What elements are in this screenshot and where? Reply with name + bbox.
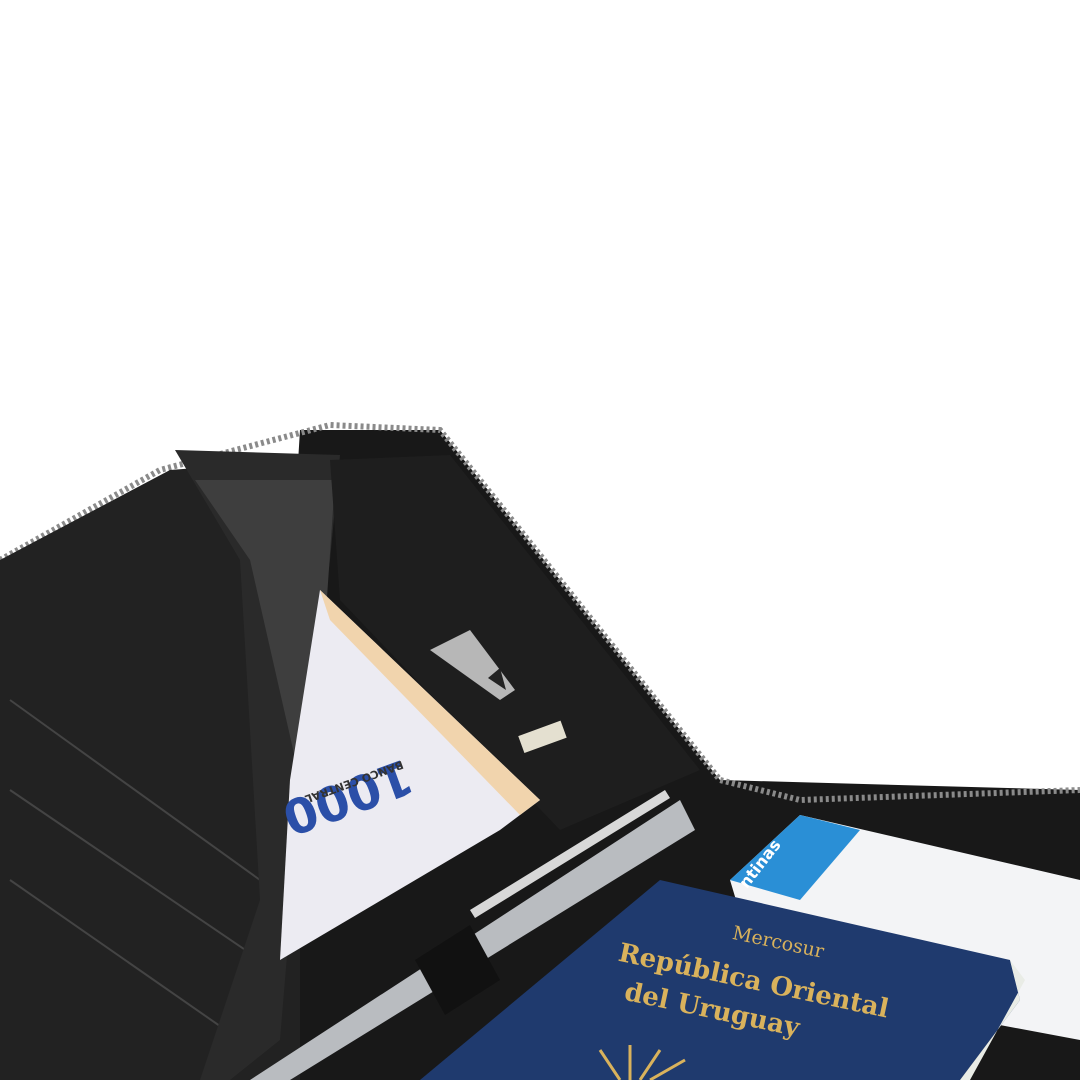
travel-wallet-photo <box>0 0 1080 1080</box>
